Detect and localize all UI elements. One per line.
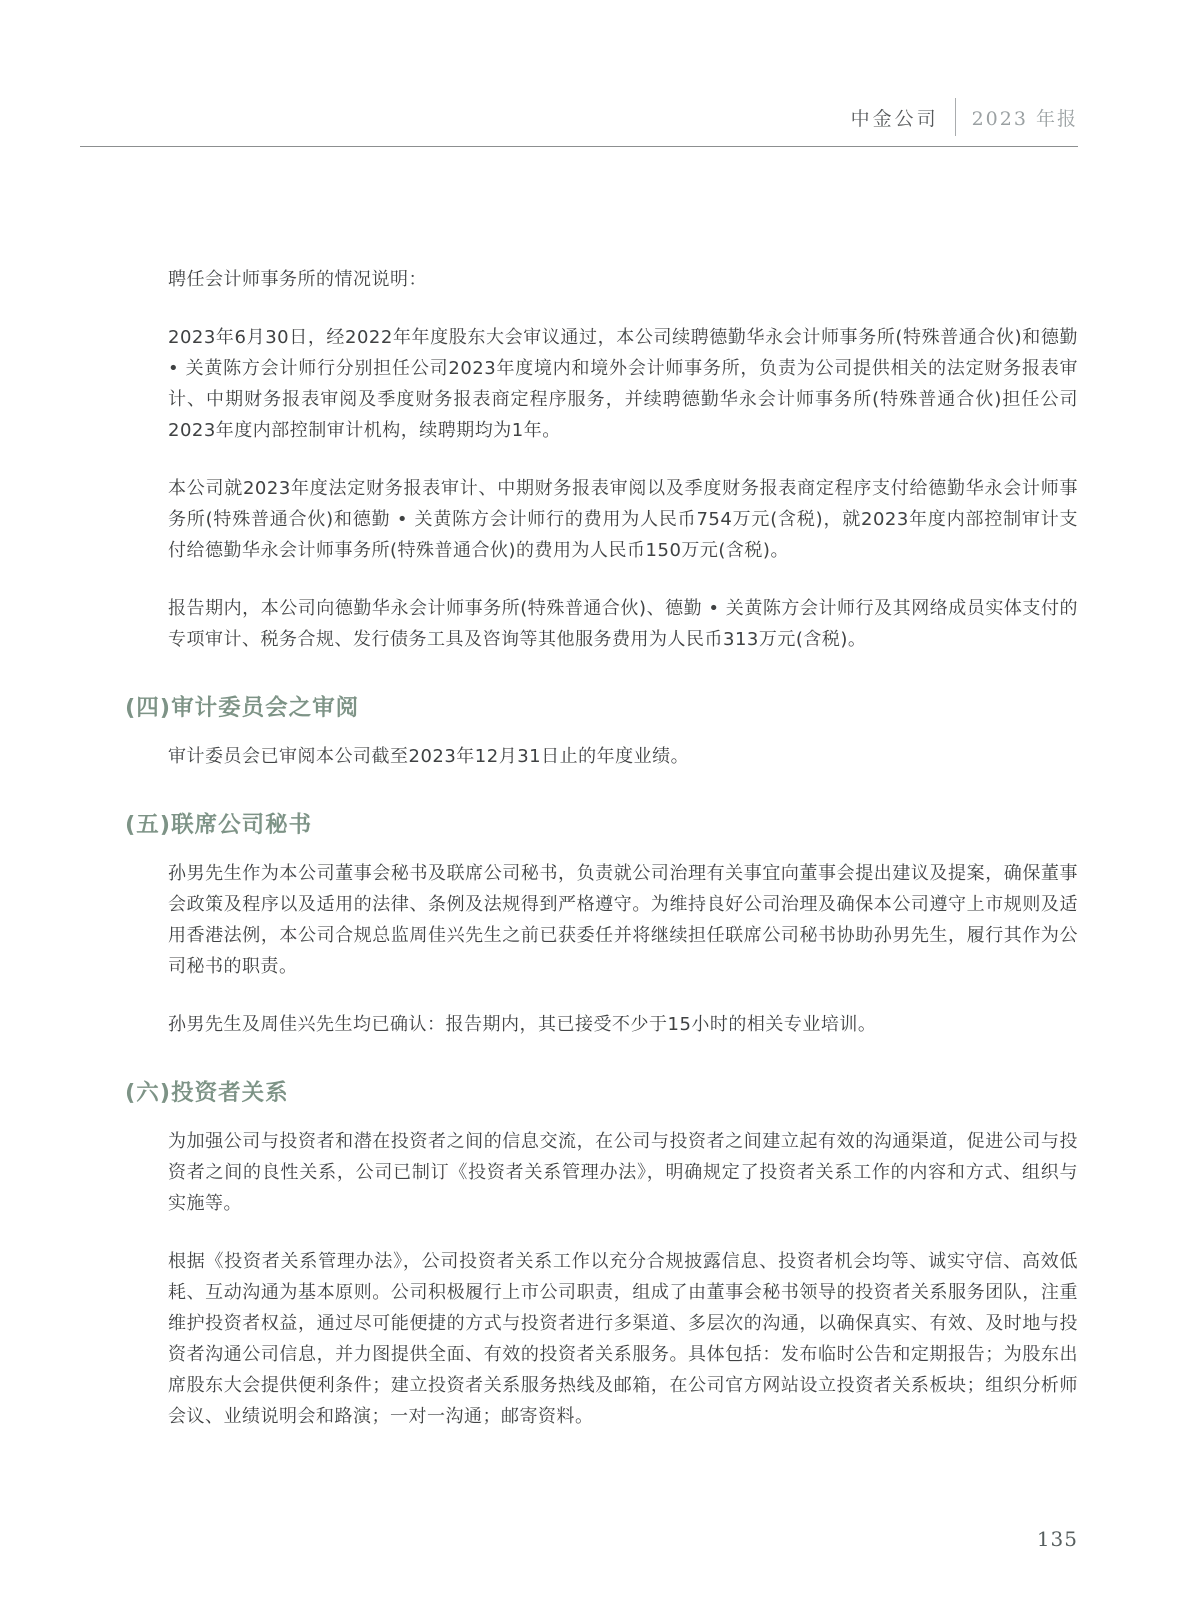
page-header: 中金公司 2023 年报 (851, 98, 1078, 136)
section-heading-audit-committee-review: (四)审计委员会之审阅 (125, 693, 1078, 723)
section-heading-joint-company-secretaries: (五)联席公司秘书 (125, 810, 1078, 840)
paragraph-investor-relations-practices: 根据《投资者关系管理办法》，公司投资者关系工作以充分合规披露信息、投资者机会均等… (168, 1246, 1078, 1432)
header-rule (80, 146, 1078, 147)
paragraph-other-service-fees: 报告期内，本公司向德勤华永会计师事务所(特殊普通合伙)、德勤 • 关黄陈方会计师… (168, 593, 1078, 655)
section-heading-investor-relations: (六)投资者关系 (125, 1078, 1078, 1108)
paragraph-audit-fees: 本公司就2023年度法定财务报表审计、中期财务报表审阅以及季度财务报表商定程序支… (168, 473, 1078, 566)
paragraph-investor-relations-policy: 为加强公司与投资者和潜在投资者之间的信息交流，在公司与投资者之间建立起有效的沟通… (168, 1126, 1078, 1219)
paragraph-secretaries-training: 孙男先生及周佳兴先生均已确认：报告期内，其已接受不少于15小时的相关专业培训。 (168, 1009, 1078, 1040)
paragraph-audit-firm-intro: 聘任会计师事务所的情况说明： (168, 264, 1078, 295)
paragraph-joint-secretaries-duties: 孙男先生作为本公司董事会秘书及联席公司秘书，负责就公司治理有关事宜向董事会提出建… (168, 858, 1078, 982)
header-divider (955, 98, 956, 136)
page-number: 135 (1037, 1527, 1078, 1551)
paragraph-audit-firm-appointment: 2023年6月30日，经2022年年度股东大会审议通过，本公司续聘德勤华永会计师… (168, 322, 1078, 446)
paragraph-audit-committee-review: 审计委员会已审阅本公司截至2023年12月31日止的年度业绩。 (168, 741, 1078, 772)
document-page: 中金公司 2023 年报 聘任会计师事务所的情况说明： 2023年6月30日，经… (0, 0, 1190, 1615)
company-name: 中金公司 (851, 104, 939, 131)
document-body: 聘任会计师事务所的情况说明： 2023年6月30日，经2022年年度股东大会审议… (125, 264, 1078, 1459)
report-edition: 2023 年报 (972, 104, 1078, 131)
